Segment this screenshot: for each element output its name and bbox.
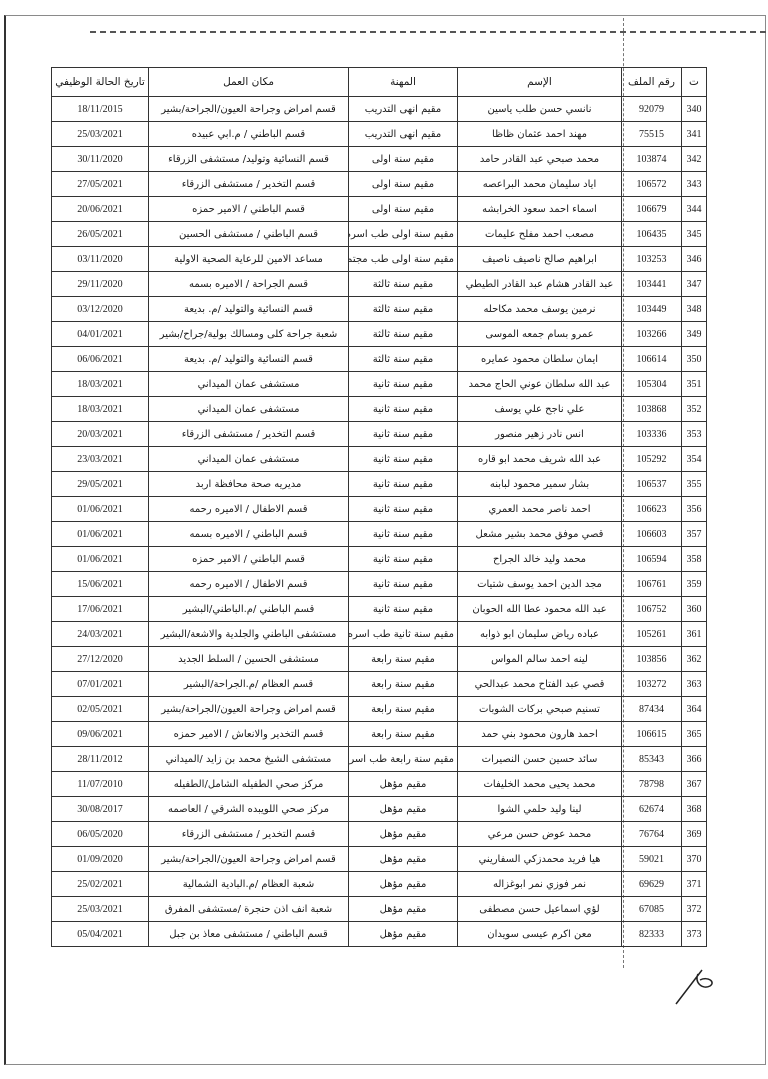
cell-status-date: 06/06/2021 xyxy=(52,347,149,372)
cell-workplace: قسم النسائية والتوليد /م. بديعة xyxy=(149,297,349,322)
cell-name: احمد هارون محمود بني حمد xyxy=(458,722,622,747)
cell-file-no: 106614 xyxy=(622,347,682,372)
cell-seq: 356 xyxy=(682,497,707,522)
cell-workplace: قسم الاطفال / الاميره رحمه xyxy=(149,572,349,597)
cell-profession: مقيم مؤهل xyxy=(349,922,458,947)
cell-seq: 373 xyxy=(682,922,707,947)
cell-name: معن اكرم عيسى سويدان xyxy=(458,922,622,947)
cell-status-date: 03/11/2020 xyxy=(52,247,149,272)
table-row: 359106761مجد الدين احمد يوسف شتياتمقيم س… xyxy=(52,572,707,597)
table-row: 36862674لينا وليد حلمي الشوامقيم مؤهلمرك… xyxy=(52,797,707,822)
table-row: 347103441عبد القادر هشام عبد القادر الطي… xyxy=(52,272,707,297)
cell-workplace: قسم الاطفال / الاميره رحمه xyxy=(149,497,349,522)
cell-workplace: قسم النسائية وتوليد/ مستشفى الزرقاء xyxy=(149,147,349,172)
cell-file-no: 106615 xyxy=(622,722,682,747)
table-row: 349103266عمرو بسام جمعه الموسىمقيم سنة ث… xyxy=(52,322,707,347)
cell-status-date: 20/03/2021 xyxy=(52,422,149,447)
cell-profession: مقيم سنة ثانية xyxy=(349,422,458,447)
cell-seq: 343 xyxy=(682,172,707,197)
cell-file-no: 69629 xyxy=(622,872,682,897)
cell-file-no: 76764 xyxy=(622,822,682,847)
cell-profession: مقيم سنة ثانية xyxy=(349,522,458,547)
cell-seq: 357 xyxy=(682,522,707,547)
cell-file-no: 103868 xyxy=(622,397,682,422)
cell-status-date: 04/01/2021 xyxy=(52,322,149,347)
cell-profession: مقيم سنة رابعة xyxy=(349,672,458,697)
cell-name: محمد صبحي عبد القادر حامد xyxy=(458,147,622,172)
cell-name: اياد سليمان محمد البراعصه xyxy=(458,172,622,197)
cell-name: عبد القادر هشام عبد القادر الطيطي xyxy=(458,272,622,297)
col-header-file-no: رقم الملف xyxy=(622,68,682,97)
cell-status-date: 28/11/2012 xyxy=(52,747,149,772)
cell-workplace: قسم التخدير والانعاش / الامير حمزه xyxy=(149,722,349,747)
cell-workplace: قسم الباطني / م.ابي عبيده xyxy=(149,122,349,147)
cell-file-no: 85343 xyxy=(622,747,682,772)
cell-profession: مقيم سنة ثالثة xyxy=(349,347,458,372)
cell-status-date: 27/05/2021 xyxy=(52,172,149,197)
cell-name: اسماء احمد سعود الخرابشه xyxy=(458,197,622,222)
cell-file-no: 78798 xyxy=(622,772,682,797)
cell-workplace: قسم الباطني / مستشفى الحسين xyxy=(149,222,349,247)
table-row: 37169629نمر فوزي نمر ابوغزالهمقيم مؤهلشع… xyxy=(52,872,707,897)
cell-workplace: قسم الباطني / مستشفى معاذ بن جبل xyxy=(149,922,349,947)
cell-workplace: مركز صحي اللويبده الشرقي / العاصمه xyxy=(149,797,349,822)
cell-status-date: 02/05/2021 xyxy=(52,697,149,722)
cell-workplace: قسم الجراحة / الاميره بسمه xyxy=(149,272,349,297)
cell-name: عبد الله شريف محمد ابو قاره xyxy=(458,447,622,472)
cell-profession: مقيم سنة ثانية xyxy=(349,472,458,497)
cell-seq: 365 xyxy=(682,722,707,747)
cell-file-no: 103253 xyxy=(622,247,682,272)
cell-file-no: 103856 xyxy=(622,647,682,672)
table-row: 361105261عباده رياض سليمان ابو ذوابهمقيم… xyxy=(52,622,707,647)
cell-seq: 360 xyxy=(682,597,707,622)
cell-status-date: 20/06/2021 xyxy=(52,197,149,222)
cell-profession: مقيم سنة اولى xyxy=(349,147,458,172)
cell-seq: 367 xyxy=(682,772,707,797)
cell-name: مصعب احمد مفلح عليمات xyxy=(458,222,622,247)
cell-file-no: 106679 xyxy=(622,197,682,222)
table-row: 36778798محمد يحيى محمد الخليفاتمقيم مؤهل… xyxy=(52,772,707,797)
residents-table: ت رقم الملف الإسم المهنة مكان العمل تاري… xyxy=(51,67,707,947)
cell-file-no: 106594 xyxy=(622,547,682,572)
cell-seq: 345 xyxy=(682,222,707,247)
cell-name: تسنيم صبحي بركات الشوبات xyxy=(458,697,622,722)
cell-workplace: مستشفى عمان الميداني xyxy=(149,372,349,397)
cell-file-no: 103441 xyxy=(622,272,682,297)
cell-profession: مقيم سنة ثانية xyxy=(349,447,458,472)
cell-profession: مقيم سنة اولى طب مجتمع xyxy=(349,247,458,272)
table-body: 34092079نانسي حسن طلب ياسينمقيم انهى الت… xyxy=(52,97,707,947)
table-row: 356106623احمد ناصر محمد العمريمقيم سنة ث… xyxy=(52,497,707,522)
cell-profession: مقيم سنة ثالثة xyxy=(349,272,458,297)
cell-profession: مقيم مؤهل xyxy=(349,847,458,872)
cell-name: ابراهيم صالح ناصيف ناصيف xyxy=(458,247,622,272)
cell-profession: مقيم سنة اولى xyxy=(349,197,458,222)
table-row: 37267085لؤي اسماعيل حسن مصطفىمقيم مؤهلشع… xyxy=(52,897,707,922)
cell-workplace: شعبة انف اذن حنجرة /مستشفى المفرق xyxy=(149,897,349,922)
table-row: 36487434تسنيم صبحي بركات الشوباتمقيم سنة… xyxy=(52,697,707,722)
cell-seq: 340 xyxy=(682,97,707,122)
cell-name: مجد الدين احمد يوسف شتيات xyxy=(458,572,622,597)
cell-profession: مقيم مؤهل xyxy=(349,772,458,797)
cell-seq: 353 xyxy=(682,422,707,447)
table-row: 354105292عبد الله شريف محمد ابو قارهمقيم… xyxy=(52,447,707,472)
cell-status-date: 01/09/2020 xyxy=(52,847,149,872)
cell-status-date: 24/03/2021 xyxy=(52,622,149,647)
table-header-row: ت رقم الملف الإسم المهنة مكان العمل تاري… xyxy=(52,68,707,97)
cell-status-date: 07/01/2021 xyxy=(52,672,149,697)
cell-status-date: 30/11/2020 xyxy=(52,147,149,172)
cell-file-no: 105292 xyxy=(622,447,682,472)
cell-file-no: 105304 xyxy=(622,372,682,397)
cell-workplace: قسم التخدير / مستشفى الزرقاء xyxy=(149,172,349,197)
cell-workplace: قسم التخدير / مستشفى الزرقاء xyxy=(149,422,349,447)
cell-workplace: قسم الباطني / الاميره بسمه xyxy=(149,522,349,547)
cell-file-no: 106623 xyxy=(622,497,682,522)
cell-seq: 368 xyxy=(682,797,707,822)
cell-file-no: 75515 xyxy=(622,122,682,147)
cell-file-no: 103336 xyxy=(622,422,682,447)
cell-profession: مقيم سنة ثانية xyxy=(349,497,458,522)
cell-name: قصي عبد الفتاح محمد عبدالحي xyxy=(458,672,622,697)
table-row: 363103272قصي عبد الفتاح محمد عبدالحيمقيم… xyxy=(52,672,707,697)
cell-file-no: 59021 xyxy=(622,847,682,872)
cell-file-no: 87434 xyxy=(622,697,682,722)
cell-name: سائد حسين حسن النصيرات xyxy=(458,747,622,772)
cell-profession: مقيم سنة رابعة طب اسره xyxy=(349,747,458,772)
table-row: 36976764محمد عوض حسن مرعيمقيم مؤهلقسم ال… xyxy=(52,822,707,847)
cell-name: احمد ناصر محمد العمري xyxy=(458,497,622,522)
signature-icon xyxy=(672,960,722,1010)
cell-seq: 352 xyxy=(682,397,707,422)
cell-file-no: 82333 xyxy=(622,922,682,947)
cell-profession: مقيم مؤهل xyxy=(349,797,458,822)
cell-profession: مقيم سنة ثانية xyxy=(349,572,458,597)
cell-profession: مقيم سنة اولى طب اسره xyxy=(349,222,458,247)
cell-workplace: شعبة العظام /م.البادية الشمالية xyxy=(149,872,349,897)
cell-seq: 348 xyxy=(682,297,707,322)
cell-status-date: 18/03/2021 xyxy=(52,372,149,397)
cell-seq: 364 xyxy=(682,697,707,722)
cell-name: بشار سمير محمود لبابنه xyxy=(458,472,622,497)
cell-file-no: 103272 xyxy=(622,672,682,697)
cell-status-date: 29/11/2020 xyxy=(52,272,149,297)
cell-profession: مقيم مؤهل xyxy=(349,872,458,897)
col-header-workplace: مكان العمل xyxy=(149,68,349,97)
table-row: 360106752عبد الله محمود عطا الله الحوبان… xyxy=(52,597,707,622)
cell-workplace: قسم امراض وجراحة العيون/الجراحة/بشير xyxy=(149,697,349,722)
cell-seq: 354 xyxy=(682,447,707,472)
table-row: 343106572اياد سليمان محمد البراعصهمقيم س… xyxy=(52,172,707,197)
col-header-profession: المهنة xyxy=(349,68,458,97)
cell-seq: 371 xyxy=(682,872,707,897)
cell-profession: مقيم سنة اولى xyxy=(349,172,458,197)
cell-seq: 341 xyxy=(682,122,707,147)
table-row: 345106435مصعب احمد مفلح عليماتمقيم سنة ا… xyxy=(52,222,707,247)
cell-name: عباده رياض سليمان ابو ذوابه xyxy=(458,622,622,647)
cell-status-date: 11/07/2010 xyxy=(52,772,149,797)
table-row: 37059021هيا فريد محمدزكي السفارينيمقيم م… xyxy=(52,847,707,872)
cell-file-no: 106537 xyxy=(622,472,682,497)
cell-workplace: مستشفى عمان الميداني xyxy=(149,397,349,422)
cell-workplace: قسم العظام /م.الجراحة/البشير xyxy=(149,672,349,697)
cell-workplace: قسم امراض وجراحة العيون/الجراحة/بشير xyxy=(149,847,349,872)
cell-seq: 355 xyxy=(682,472,707,497)
cell-file-no: 106761 xyxy=(622,572,682,597)
cell-profession: مقيم انهى التدريب xyxy=(349,122,458,147)
cell-status-date: 01/06/2021 xyxy=(52,547,149,572)
table-row: 34092079نانسي حسن طلب ياسينمقيم انهى الت… xyxy=(52,97,707,122)
cell-profession: مقيم مؤهل xyxy=(349,897,458,922)
cell-seq: 370 xyxy=(682,847,707,872)
cell-status-date: 27/12/2020 xyxy=(52,647,149,672)
cell-workplace: مستشفى الشيخ محمد بن زايد /الميداني xyxy=(149,747,349,772)
cell-name: عمرو بسام جمعه الموسى xyxy=(458,322,622,347)
table-row: 351105304عبد الله سلطان عوني الحاج محمدم… xyxy=(52,372,707,397)
cell-seq: 351 xyxy=(682,372,707,397)
cell-profession: مقيم سنة ثانية طب اسره xyxy=(349,622,458,647)
cell-name: مهند احمد عثمان ظاظا xyxy=(458,122,622,147)
cell-file-no: 106572 xyxy=(622,172,682,197)
table-row: 357106603قصي موفق محمد بشير مشعلمقيم سنة… xyxy=(52,522,707,547)
cell-profession: مقيم سنة رابعة xyxy=(349,697,458,722)
cell-seq: 342 xyxy=(682,147,707,172)
cell-file-no: 92079 xyxy=(622,97,682,122)
col-header-name: الإسم xyxy=(458,68,622,97)
cell-status-date: 09/06/2021 xyxy=(52,722,149,747)
cell-status-date: 17/06/2021 xyxy=(52,597,149,622)
table-row: 358106594محمد وليد خالد الجراحمقيم سنة ث… xyxy=(52,547,707,572)
cell-status-date: 18/03/2021 xyxy=(52,397,149,422)
cell-workplace: قسم التخدير / مستشفى الزرقاء xyxy=(149,822,349,847)
cell-workplace: شعبة جراحة كلى ومسالك بولية/جراح/بشير xyxy=(149,322,349,347)
cell-profession: مقيم سنة ثانية xyxy=(349,597,458,622)
cell-file-no: 103266 xyxy=(622,322,682,347)
cell-name: قصي موفق محمد بشير مشعل xyxy=(458,522,622,547)
cell-seq: 359 xyxy=(682,572,707,597)
cell-name: محمد يحيى محمد الخليفات xyxy=(458,772,622,797)
cell-name: نمر فوزي نمر ابوغزاله xyxy=(458,872,622,897)
cell-file-no: 103874 xyxy=(622,147,682,172)
cell-status-date: 01/06/2021 xyxy=(52,497,149,522)
cell-file-no: 105261 xyxy=(622,622,682,647)
table-row: 342103874محمد صبحي عبد القادر حامدمقيم س… xyxy=(52,147,707,172)
table-row: 37382333معن اكرم عيسى سويدانمقيم مؤهلقسم… xyxy=(52,922,707,947)
cell-workplace: مستشفى عمان الميداني xyxy=(149,447,349,472)
table-row: 362103856لينه احمد سالم المواسمقيم سنة ر… xyxy=(52,647,707,672)
cell-status-date: 15/06/2021 xyxy=(52,572,149,597)
cell-seq: 347 xyxy=(682,272,707,297)
cell-workplace: مديريه صحة محافظة اربد xyxy=(149,472,349,497)
cell-seq: 350 xyxy=(682,347,707,372)
table-row: 355106537بشار سمير محمود لبابنهمقيم سنة … xyxy=(52,472,707,497)
cell-status-date: 25/02/2021 xyxy=(52,872,149,897)
cell-profession: مقيم سنة ثانية xyxy=(349,547,458,572)
cell-profession: مقيم سنة ثانية xyxy=(349,372,458,397)
cell-name: لينا وليد حلمي الشوا xyxy=(458,797,622,822)
table-row: 353103336انس نادر زهير منصورمقيم سنة ثان… xyxy=(52,422,707,447)
cell-name: انس نادر زهير منصور xyxy=(458,422,622,447)
table-row: 348103449نرمين يوسف محمد مكاحلهمقيم سنة … xyxy=(52,297,707,322)
cell-seq: 358 xyxy=(682,547,707,572)
table-row: 352103868علي ناجح علي يوسفمقيم سنة ثانية… xyxy=(52,397,707,422)
cell-workplace: قسم الباطني / الامير حمزه xyxy=(149,547,349,572)
cell-file-no: 103449 xyxy=(622,297,682,322)
cell-profession: مقيم سنة ثالثة xyxy=(349,297,458,322)
cell-workplace: مركز صحي الطفيله الشامل/الطفيله xyxy=(149,772,349,797)
cell-status-date: 26/05/2021 xyxy=(52,222,149,247)
cell-status-date: 03/12/2020 xyxy=(52,297,149,322)
cell-name: محمد وليد خالد الجراح xyxy=(458,547,622,572)
cell-seq: 372 xyxy=(682,897,707,922)
cell-status-date: 25/03/2021 xyxy=(52,897,149,922)
table-row: 365106615احمد هارون محمود بني حمدمقيم سن… xyxy=(52,722,707,747)
cell-status-date: 06/05/2020 xyxy=(52,822,149,847)
cell-status-date: 05/04/2021 xyxy=(52,922,149,947)
cell-workplace: مستشفى الحسين / السلط الجديد xyxy=(149,647,349,672)
cell-name: نانسي حسن طلب ياسين xyxy=(458,97,622,122)
cell-name: هيا فريد محمدزكي السفاريني xyxy=(458,847,622,872)
cell-name: ايمان سلطان محمود عمايره xyxy=(458,347,622,372)
cell-seq: 369 xyxy=(682,822,707,847)
table-row: 346103253ابراهيم صالح ناصيف ناصيفمقيم سن… xyxy=(52,247,707,272)
cell-profession: مقيم انهى التدريب xyxy=(349,97,458,122)
cell-workplace: مستشفى الباطني والجلدية والاشعة/البشير xyxy=(149,622,349,647)
cell-seq: 344 xyxy=(682,197,707,222)
cell-file-no: 62674 xyxy=(622,797,682,822)
cell-file-no: 106435 xyxy=(622,222,682,247)
header-rule xyxy=(90,31,766,33)
col-header-seq: ت xyxy=(682,68,707,97)
cell-workplace: قسم الباطني / الامير حمزه xyxy=(149,197,349,222)
cell-file-no: 106752 xyxy=(622,597,682,622)
cell-status-date: 29/05/2021 xyxy=(52,472,149,497)
cell-seq: 346 xyxy=(682,247,707,272)
cell-name: محمد عوض حسن مرعي xyxy=(458,822,622,847)
cell-status-date: 01/06/2021 xyxy=(52,522,149,547)
cell-seq: 349 xyxy=(682,322,707,347)
cell-seq: 366 xyxy=(682,747,707,772)
cell-status-date: 18/11/2015 xyxy=(52,97,149,122)
cell-name: لؤي اسماعيل حسن مصطفى xyxy=(458,897,622,922)
cell-status-date: 25/03/2021 xyxy=(52,122,149,147)
cell-seq: 362 xyxy=(682,647,707,672)
cell-profession: مقيم سنة رابعة xyxy=(349,722,458,747)
cell-name: عبد الله سلطان عوني الحاج محمد xyxy=(458,372,622,397)
cell-name: علي ناجح علي يوسف xyxy=(458,397,622,422)
cell-seq: 361 xyxy=(682,622,707,647)
table-row: 350106614ايمان سلطان محمود عمايرهمقيم سن… xyxy=(52,347,707,372)
table-row: 344106679اسماء احمد سعود الخرابشهمقيم سن… xyxy=(52,197,707,222)
cell-seq: 363 xyxy=(682,672,707,697)
cell-name: لينه احمد سالم المواس xyxy=(458,647,622,672)
cell-status-date: 30/08/2017 xyxy=(52,797,149,822)
cell-workplace: قسم النسائية والتوليد /م. بديعة xyxy=(149,347,349,372)
cell-profession: مقيم مؤهل xyxy=(349,822,458,847)
table-row: 36685343سائد حسين حسن النصيراتمقيم سنة ر… xyxy=(52,747,707,772)
table-row: 34175515مهند احمد عثمان ظاظامقيم انهى ال… xyxy=(52,122,707,147)
cell-profession: مقيم سنة ثانية xyxy=(349,397,458,422)
cell-name: نرمين يوسف محمد مكاحله xyxy=(458,297,622,322)
cell-workplace: قسم الباطني /م.الباطني/البشير xyxy=(149,597,349,622)
col-header-status-date: تاريخ الحالة الوظيفي xyxy=(52,68,149,97)
cell-profession: مقيم سنة ثالثة xyxy=(349,322,458,347)
cell-workplace: مساعد الامين للرعاية الصحية الاولية xyxy=(149,247,349,272)
cell-file-no: 106603 xyxy=(622,522,682,547)
cell-workplace: قسم امراض وجراحة العيون/الجراحة/بشير xyxy=(149,97,349,122)
cell-profession: مقيم سنة رابعة xyxy=(349,647,458,672)
cell-file-no: 67085 xyxy=(622,897,682,922)
cell-status-date: 23/03/2021 xyxy=(52,447,149,472)
cell-name: عبد الله محمود عطا الله الحوبان xyxy=(458,597,622,622)
